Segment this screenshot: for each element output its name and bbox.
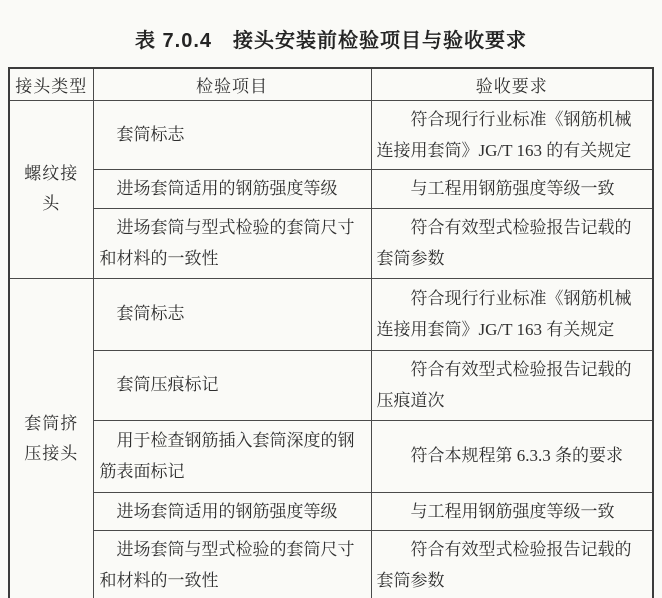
table-row: 螺纹接头 套筒标志 符合现行行业标准《钢筋机械连接用套筒》JG/T 163 的有… xyxy=(9,100,653,170)
requirement-cell: 符合有效型式检验报告记载的压痕道次 xyxy=(371,350,653,420)
table-row: 进场套筒与型式检验的套筒尺寸和材料的一致性 符合有效型式检验报告记载的套筒参数 xyxy=(9,208,653,278)
requirement-cell: 符合有效型式检验报告记载的套筒参数 xyxy=(371,208,653,278)
table-row: 进场套筒适用的钢筋强度等级 与工程用钢筋强度等级一致 xyxy=(9,170,653,208)
requirement-cell: 符合本规程第 6.3.3 条的要求 xyxy=(371,420,653,492)
item-cell: 进场套筒适用的钢筋强度等级 xyxy=(93,170,371,208)
header-cell-acceptance-requirement: 验收要求 xyxy=(371,68,653,100)
item-cell: 进场套筒与型式检验的套筒尺寸和材料的一致性 xyxy=(93,208,371,278)
group-label-sleeve-extrusion-joint: 套筒挤压接头 xyxy=(9,278,93,598)
requirement-cell: 符合现行行业标准《钢筋机械连接用套筒》JG/T 163 的有关规定 xyxy=(371,100,653,170)
document-page: 表 7.0.4 接头安装前检验项目与验收要求 接头类型 检验项目 验收要求 螺纹… xyxy=(0,0,662,598)
table-row: 套筒压痕标记 符合有效型式检验报告记载的压痕道次 xyxy=(9,350,653,420)
item-cell: 套筒标志 xyxy=(93,278,371,350)
item-cell: 进场套筒适用的钢筋强度等级 xyxy=(93,492,371,530)
header-cell-joint-type: 接头类型 xyxy=(9,68,93,100)
item-cell: 进场套筒与型式检验的套筒尺寸和材料的一致性 xyxy=(93,531,371,598)
table-row: 进场套筒适用的钢筋强度等级 与工程用钢筋强度等级一致 xyxy=(9,492,653,530)
table-row: 用于检查钢筋插入套筒深度的钢筋表面标记 符合本规程第 6.3.3 条的要求 xyxy=(9,420,653,492)
table-row: 套筒挤压接头 套筒标志 符合现行行业标准《钢筋机械连接用套筒》JG/T 163 … xyxy=(9,278,653,350)
inspection-requirements-table: 接头类型 检验项目 验收要求 螺纹接头 套筒标志 符合现行行业标准《钢筋机械连接… xyxy=(8,67,654,598)
table-row: 进场套筒与型式检验的套筒尺寸和材料的一致性 符合有效型式检验报告记载的套筒参数 xyxy=(9,531,653,598)
requirement-cell: 与工程用钢筋强度等级一致 xyxy=(371,492,653,530)
requirement-cell: 符合现行行业标准《钢筋机械连接用套筒》JG/T 163 有关规定 xyxy=(371,278,653,350)
item-cell: 用于检查钢筋插入套筒深度的钢筋表面标记 xyxy=(93,420,371,492)
item-cell: 套筒标志 xyxy=(93,100,371,170)
item-cell: 套筒压痕标记 xyxy=(93,350,371,420)
requirement-cell: 符合有效型式检验报告记载的套筒参数 xyxy=(371,531,653,598)
group-label-threaded-joint: 螺纹接头 xyxy=(9,100,93,278)
header-cell-inspection-item: 检验项目 xyxy=(93,68,371,100)
table-title: 表 7.0.4 接头安装前检验项目与验收要求 xyxy=(0,24,662,53)
table-header-row: 接头类型 检验项目 验收要求 xyxy=(9,68,653,100)
requirement-cell: 与工程用钢筋强度等级一致 xyxy=(371,170,653,208)
